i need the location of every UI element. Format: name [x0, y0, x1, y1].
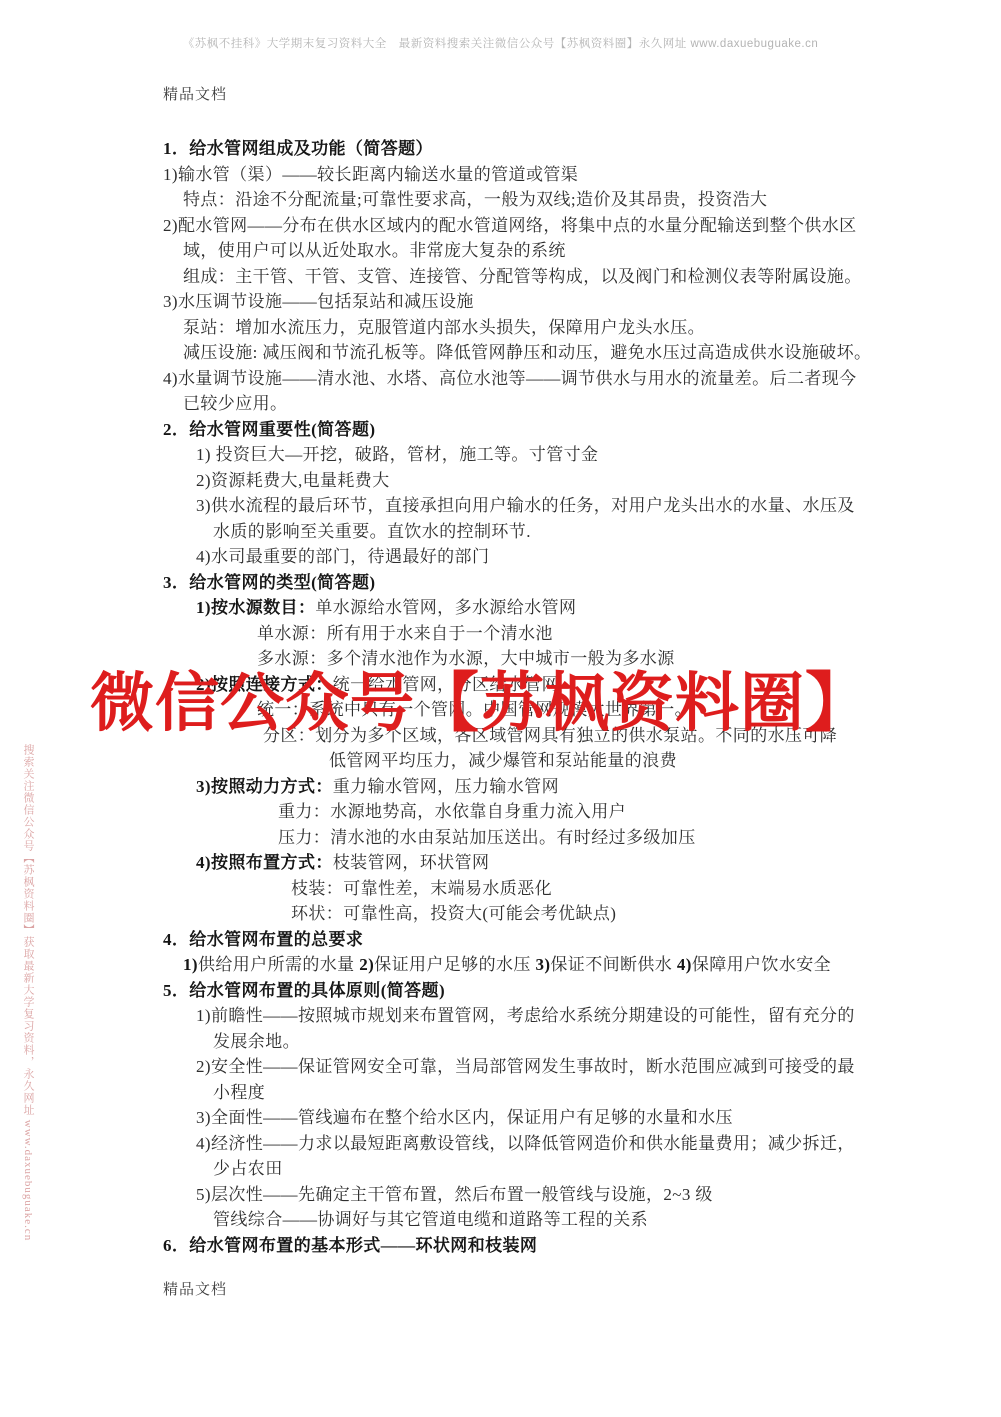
- text-segment: 3．给水管网的类型(简答题): [163, 573, 375, 592]
- text-line: 低管网平均压力，减少爆管和泵站能量的浪费: [163, 748, 863, 774]
- text-line: 泵站：增加水流压力，克服管道内部水头损失，保障用户龙头水压。: [163, 315, 863, 341]
- text-segment: 水质的影响至关重要。直饮水的控制环节.: [213, 522, 531, 541]
- text-segment: 4)按照布置方式：: [196, 853, 333, 872]
- text-line: 减压设施: 减压阀和节流孔板等。降低管网静压和动压，避免水压过高造成供水设施破坏…: [163, 340, 863, 366]
- document-page: 《苏枫不挂科》大学期末复习资料大全 最新资料搜索关注微信公众号【苏枫资料圈】永久…: [0, 0, 1001, 1417]
- text-segment: 泵站：增加水流压力，克服管道内部水头损失，保障用户龙头水压。: [183, 318, 705, 337]
- text-segment: 已较少应用。: [183, 394, 287, 413]
- text-line: 5．给水管网布置的具体原则(简答题): [163, 978, 863, 1004]
- text-segment: 枝装：可靠性差，末端易水质恶化: [291, 879, 552, 898]
- text-segment: 3)全面性——管线遍布在整个给水区内，保证用户有足够的水量和水压: [196, 1108, 733, 1127]
- watermark-side: 搜索关注微信公众号【苏枫资料圈】获取最新大学复习资料，永久网址 www.daxu…: [20, 744, 36, 1241]
- text-line: 3)水压调节设施——包括泵站和减压设施: [163, 289, 863, 315]
- text-segment: 统一给水管网，分区给水管网: [333, 675, 559, 694]
- text-line: 2)按照连接方式：统一给水管网，分区给水管网: [163, 672, 863, 698]
- text-segment: 多水源：多个清水池作为水源，大中城市一般为多水源: [257, 649, 675, 668]
- text-segment: 单水源给水管网，多水源给水管网: [315, 598, 576, 617]
- text-segment: 低管网平均压力，减少爆管和泵站能量的浪费: [329, 751, 677, 770]
- text-line: 4)水司最重要的部门，待遇最好的部门: [163, 544, 863, 570]
- text-line: 单水源：所有用于水来自于一个清水池: [163, 621, 863, 647]
- text-segment: 4)水司最重要的部门，待遇最好的部门: [196, 547, 489, 566]
- text-line: 3．给水管网的类型(简答题): [163, 570, 863, 596]
- text-line: 1)供给用户所需的水量 2)保证用户足够的水压 3)保证不间断供水 4)保障用户…: [163, 952, 863, 978]
- text-line: 4．给水管网布置的总要求: [163, 927, 863, 953]
- text-line: 环状：可靠性高，投资大(可能会考优缺点): [163, 901, 863, 927]
- text-segment: 供给用户所需的水量: [198, 955, 359, 974]
- text-segment: 3)按照动力方式：: [196, 777, 333, 796]
- text-line: 少占农田: [163, 1156, 863, 1182]
- text-segment: 4．给水管网布置的总要求: [163, 930, 363, 949]
- text-line: 2)配水管网——分布在供水区域内的配水管道网络，将集中点的水量分配输送到整个供水…: [163, 213, 863, 239]
- text-line: 1) 投资巨大—开挖，破路，管材，施工等。寸管寸金: [163, 442, 863, 468]
- top-label: 精品文档: [163, 83, 227, 104]
- text-segment: 4): [677, 955, 692, 974]
- text-segment: 压力：清水池的水由泵站加压送出。有时经过多级加压: [278, 828, 696, 847]
- text-segment: 环状：可靠性高，投资大(可能会考优缺点): [291, 904, 616, 923]
- text-segment: 4)水量调节设施——清水池、水塔、高位水池等——调节供水与用水的流量差。后二者现…: [163, 369, 857, 388]
- text-line: 统一：系统中只有一个管网。中国管网规模大世界第一。: [163, 697, 863, 723]
- text-segment: 3)供水流程的最后环节，直接承担向用户输水的任务，对用户龙头出水的水量、水压及: [196, 496, 855, 515]
- text-line: 3)供水流程的最后环节，直接承担向用户输水的任务，对用户龙头出水的水量、水压及: [163, 493, 863, 519]
- text-segment: 4)经济性——力求以最短距离敷设管线，以降低管网造价和供水能量费用；减少拆迁，: [196, 1134, 855, 1153]
- text-line: 2)资源耗费大,电量耗费大: [163, 468, 863, 494]
- text-line: 1)按水源数目：单水源给水管网，多水源给水管网: [163, 595, 863, 621]
- text-segment: 1．给水管网组成及功能（简答题）: [163, 139, 433, 158]
- text-segment: 1)前瞻性——按照城市规划来布置管网，考虑给水系统分期建设的可能性，留有充分的: [196, 1006, 855, 1025]
- text-segment: 枝装管网，环状管网: [333, 853, 490, 872]
- text-line: 组成：主干管、干管、支管、连接管、分配管等构成，以及阀门和检测仪表等附属设施。: [163, 264, 863, 290]
- text-line: 已较少应用。: [163, 391, 863, 417]
- text-line: 发展余地。: [163, 1029, 863, 1055]
- text-line: 3)按照动力方式：重力输水管网，压力输水管网: [163, 774, 863, 800]
- text-line: 管线综合——协调好与其它管道电缆和道路等工程的关系: [163, 1207, 863, 1233]
- text-segment: 域，使用户可以从近处取水。非常庞大复杂的系统: [183, 241, 566, 260]
- header-note: 《苏枫不挂科》大学期末复习资料大全 最新资料搜索关注微信公众号【苏枫资料圈】永久…: [0, 35, 1001, 51]
- text-segment: 特点：沿途不分配流量;可靠性要求高，一般为双线;造价及其昂贵，投资浩大: [183, 190, 767, 209]
- text-line: 小程度: [163, 1080, 863, 1106]
- text-line: 2)安全性——保证管网安全可靠，当局部管网发生事故时，断水范围应减到可接受的最: [163, 1054, 863, 1080]
- text-line: 4)按照布置方式：枝装管网，环状管网: [163, 850, 863, 876]
- text-segment: 重力：水源地势高，水依靠自身重力流入用户: [278, 802, 626, 821]
- text-segment: 2)配水管网——分布在供水区域内的配水管道网络，将集中点的水量分配输送到整个供水…: [163, 216, 857, 235]
- text-segment: 5)层次性——先确定主干管布置，然后布置一般管线与设施，2~3 级: [196, 1185, 713, 1204]
- text-segment: 1)输水管（渠）——较长距离内输送水量的管道或管渠: [163, 165, 578, 184]
- text-segment: 保障用户饮水安全: [692, 955, 831, 974]
- text-line: 1．给水管网组成及功能（简答题）: [163, 136, 863, 162]
- document-body: 1．给水管网组成及功能（简答题）1)输水管（渠）——较长距离内输送水量的管道或管…: [163, 136, 863, 1258]
- text-segment: 保证用户足够的水压: [374, 955, 535, 974]
- text-line: 3)全面性——管线遍布在整个给水区内，保证用户有足够的水量和水压: [163, 1105, 863, 1131]
- text-line: 1)前瞻性——按照城市规划来布置管网，考虑给水系统分期建设的可能性，留有充分的: [163, 1003, 863, 1029]
- text-segment: 统一：系统中只有一个管网。中国管网规模大世界第一。: [257, 700, 692, 719]
- text-line: 1)输水管（渠）——较长距离内输送水量的管道或管渠: [163, 162, 863, 188]
- text-segment: 单水源：所有用于水来自于一个清水池: [257, 624, 553, 643]
- text-segment: 组成：主干管、干管、支管、连接管、分配管等构成，以及阀门和检测仪表等附属设施。: [183, 267, 862, 286]
- text-segment: 分区：划分为多个区域，各区域管网具有独立的供水泵站。不同的水压可降: [263, 726, 837, 745]
- text-line: 特点：沿途不分配流量;可靠性要求高，一般为双线;造价及其昂贵，投资浩大: [163, 187, 863, 213]
- text-line: 水质的影响至关重要。直饮水的控制环节.: [163, 519, 863, 545]
- text-segment: 3): [535, 955, 550, 974]
- text-segment: 小程度: [213, 1083, 265, 1102]
- text-line: 5)层次性——先确定主干管布置，然后布置一般管线与设施，2~3 级: [163, 1182, 863, 1208]
- text-line: 压力：清水池的水由泵站加压送出。有时经过多级加压: [163, 825, 863, 851]
- text-segment: 管线综合——协调好与其它管道电缆和道路等工程的关系: [213, 1210, 648, 1229]
- text-line: 6．给水管网布置的基本形式——环状网和枝装网: [163, 1233, 863, 1259]
- text-segment: 2．给水管网重要性(简答题): [163, 420, 375, 439]
- footer-label: 精品文档: [163, 1278, 227, 1299]
- text-segment: 2)按照连接方式：: [196, 675, 333, 694]
- text-segment: 1)按水源数目：: [196, 598, 315, 617]
- text-line: 分区：划分为多个区域，各区域管网具有独立的供水泵站。不同的水压可降: [163, 723, 863, 749]
- text-segment: 5．给水管网布置的具体原则(简答题): [163, 981, 445, 1000]
- text-segment: 保证不间断供水: [550, 955, 676, 974]
- text-line: 2．给水管网重要性(简答题): [163, 417, 863, 443]
- text-line: 枝装：可靠性差，末端易水质恶化: [163, 876, 863, 902]
- text-segment: 少占农田: [213, 1159, 283, 1178]
- text-segment: 3)水压调节设施——包括泵站和减压设施: [163, 292, 474, 311]
- text-segment: 1) 投资巨大—开挖，破路，管材，施工等。寸管寸金: [196, 445, 598, 464]
- text-line: 重力：水源地势高，水依靠自身重力流入用户: [163, 799, 863, 825]
- text-line: 多水源：多个清水池作为水源，大中城市一般为多水源: [163, 646, 863, 672]
- text-segment: 发展余地。: [213, 1032, 300, 1051]
- text-segment: 减压设施: 减压阀和节流孔板等。降低管网静压和动压，避免水压过高造成供水设施破坏…: [183, 343, 871, 362]
- text-segment: 重力输水管网，压力输水管网: [333, 777, 559, 796]
- text-line: 域，使用户可以从近处取水。非常庞大复杂的系统: [163, 238, 863, 264]
- text-line: 4)水量调节设施——清水池、水塔、高位水池等——调节供水与用水的流量差。后二者现…: [163, 366, 863, 392]
- text-segment: 1): [183, 955, 198, 974]
- text-segment: 2): [359, 955, 374, 974]
- text-line: 4)经济性——力求以最短距离敷设管线，以降低管网造价和供水能量费用；减少拆迁，: [163, 1131, 863, 1157]
- text-segment: 6．给水管网布置的基本形式——环状网和枝装网: [163, 1236, 537, 1255]
- text-segment: 2)资源耗费大,电量耗费大: [196, 471, 390, 490]
- text-segment: 2)安全性——保证管网安全可靠，当局部管网发生事故时，断水范围应减到可接受的最: [196, 1057, 855, 1076]
